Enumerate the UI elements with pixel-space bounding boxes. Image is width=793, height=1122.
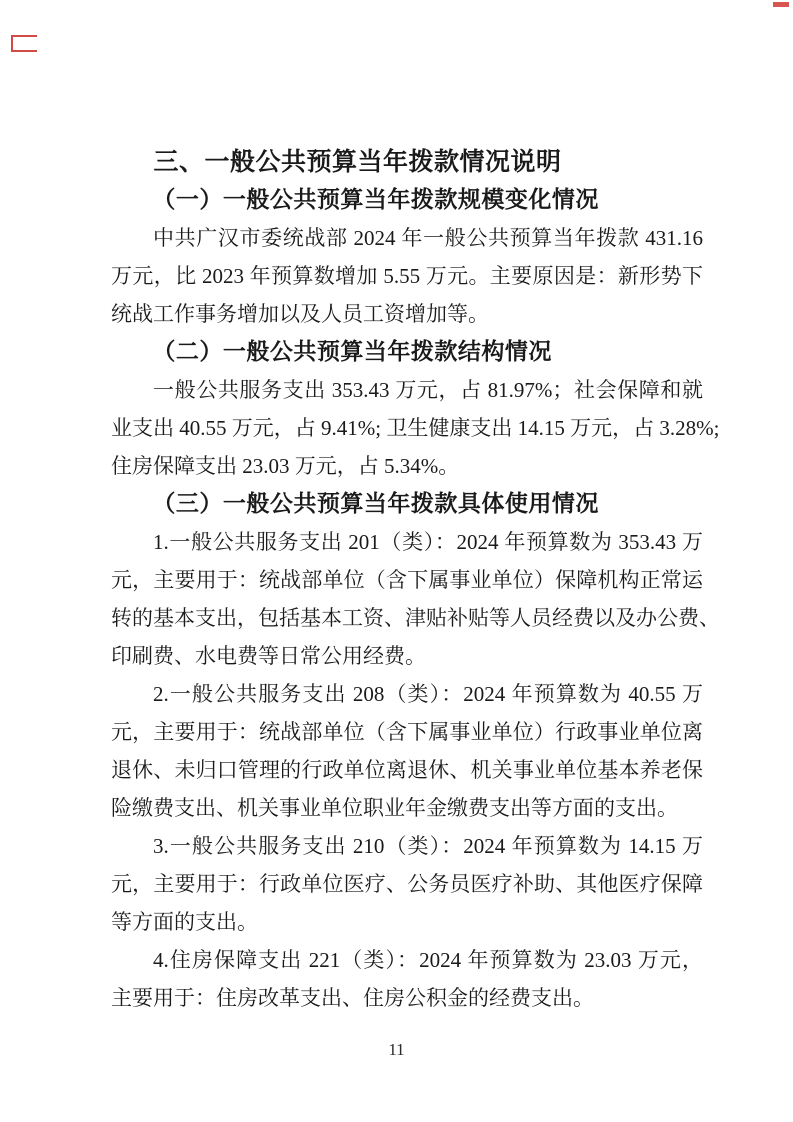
text-line: 印刷费、水电费等日常公用经费。 (111, 637, 703, 675)
text-line: 元，主要用于：统战部单位（含下属事业单位）行政事业单位离 (111, 713, 703, 751)
red-scan-artifact-top-left (11, 35, 37, 52)
text-line: 3.一般公共服务支出 210（类）：2024 年预算数为 14.15 万 (111, 827, 703, 865)
text-line: 主要用于：住房改革支出、住房公积金的经费支出。 (111, 979, 703, 1017)
section-heading: （三）一般公共预算当年拨款具体使用情况 (111, 485, 703, 523)
text-line: 等方面的支出。 (111, 903, 703, 941)
red-scan-artifact-top-right (773, 2, 789, 7)
section-heading: （一）一般公共预算当年拨款规模变化情况 (111, 181, 703, 219)
document-page: 三、一般公共预算当年拨款情况说明（一）一般公共预算当年拨款规模变化情况中共广汉市… (0, 0, 793, 1122)
document-heading: 三、一般公共预算当年拨款情况说明 (111, 143, 703, 181)
page-number: 11 (0, 1038, 793, 1062)
text-line: 业支出 40.55 万元，占 9.41%; 卫生健康支出 14.15 万元，占 … (111, 409, 703, 447)
text-line: 元，主要用于：行政单位医疗、公务员医疗补助、其他医疗保障 (111, 865, 703, 903)
text-line: 统战工作事务增加以及人员工资增加等。 (111, 295, 703, 333)
text-line: 住房保障支出 23.03 万元，占 5.34%。 (111, 447, 703, 485)
text-line: 万元，比 2023 年预算数增加 5.55 万元。主要原因是：新形势下 (111, 257, 703, 295)
text-line: 险缴费支出、机关事业单位职业年金缴费支出等方面的支出。 (111, 789, 703, 827)
text-line: 退休、未归口管理的行政单位离退休、机关事业单位基本养老保 (111, 751, 703, 789)
text-line: 一般公共服务支出 353.43 万元，占 81.97%；社会保障和就 (111, 371, 703, 409)
section-heading: （二）一般公共预算当年拨款结构情况 (111, 333, 703, 371)
text-line: 中共广汉市委统战部 2024 年一般公共预算当年拨款 431.16 (111, 219, 703, 257)
text-line: 4.住房保障支出 221（类）：2024 年预算数为 23.03 万元， (111, 941, 703, 979)
text-line: 1.一般公共服务支出 201（类）：2024 年预算数为 353.43 万 (111, 523, 703, 561)
text-line: 元，主要用于：统战部单位（含下属事业单位）保障机构正常运 (111, 561, 703, 599)
text-line: 2.一般公共服务支出 208（类）：2024 年预算数为 40.55 万 (111, 675, 703, 713)
text-line: 转的基本支出，包括基本工资、津贴补贴等人员经费以及办公费、 (111, 599, 703, 637)
document-body: 三、一般公共预算当年拨款情况说明（一）一般公共预算当年拨款规模变化情况中共广汉市… (111, 143, 703, 1017)
